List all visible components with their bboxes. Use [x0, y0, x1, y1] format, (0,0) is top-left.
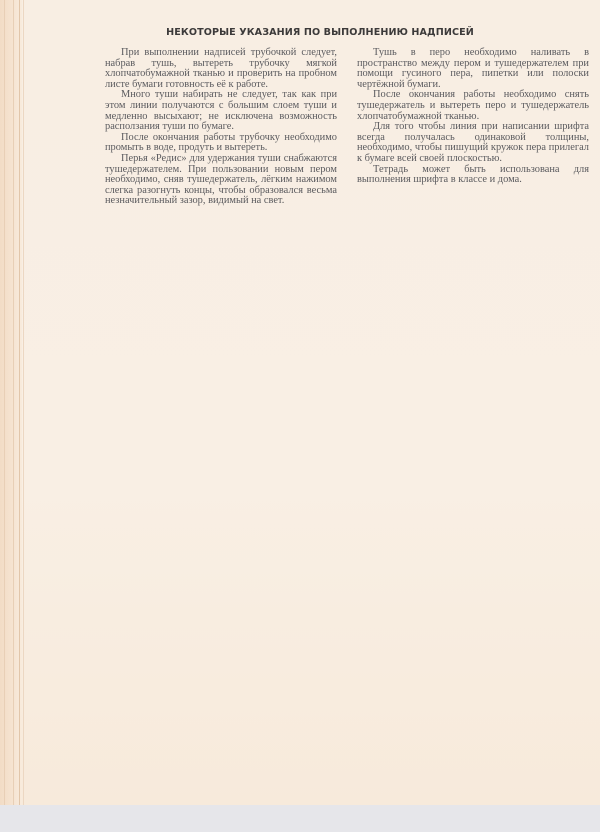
paragraph: Тетрадь может быть использована для выпо…: [357, 165, 589, 186]
paragraph: Много туши набирать не следует, так как …: [105, 90, 337, 132]
paragraph: После окончания работы трубочку необходи…: [105, 133, 337, 154]
right-column: Тушь в перо необходимо наливать в простр…: [357, 48, 589, 186]
page-edge-line: [13, 0, 14, 805]
document-page: НЕКОТОРЫЕ УКАЗАНИЯ ПО ВЫПОЛНЕНИЮ НАДПИСЕ…: [0, 0, 600, 805]
page-edge-line: [4, 0, 5, 805]
left-column: При выполнении надписей трубочкой следуе…: [105, 48, 337, 207]
paragraph: Перья «Редис» для удержания туши снабжаю…: [105, 154, 337, 207]
page-edge-line: [23, 0, 24, 805]
page-title: НЕКОТОРЫЕ УКАЗАНИЯ ПО ВЫПОЛНЕНИЮ НАДПИСЕ…: [0, 27, 600, 38]
paragraph: После окончания работы необходимо снять …: [357, 90, 589, 122]
paragraph: При выполнении надписей трубочкой следуе…: [105, 48, 337, 90]
paragraph: Тушь в перо необходимо наливать в простр…: [357, 48, 589, 90]
page-edge-line: [19, 0, 20, 805]
paragraph: Для того чтобы линия при написании шрифт…: [357, 122, 589, 164]
